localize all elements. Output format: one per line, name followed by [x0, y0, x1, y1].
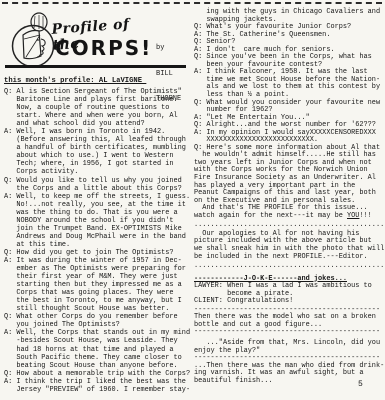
dotted-divider: ........................................… [194, 222, 385, 230]
qa-item: ing with the guys in Chicago Cavaliers a… [194, 9, 385, 24]
masthead-title-corps: CORPS! [55, 36, 152, 60]
qa-item: A: I think the trip I liked the best was… [4, 378, 194, 394]
editor-note: Our apologies to Al for not having his p… [194, 231, 385, 261]
joke-lincoln: ..."Aside from that, Mrs. Lincoln, did y… [194, 340, 385, 355]
dashed-divider: ----------------------------------------… [194, 329, 385, 337]
masthead-rule [5, 65, 186, 68]
qa-item: A: In my opinion I would sayXXXXXCENSORE… [194, 130, 385, 145]
joke-client-line: CLIENT: Congratulations! [194, 298, 385, 306]
qa-item: A: Well, I was born in Toronto in 1942. … [4, 128, 194, 176]
page-number: 5 [358, 380, 363, 389]
closing-line: And that's THE PROFILE for this issue...… [194, 205, 385, 220]
dotted-divider: ........................................… [194, 263, 385, 271]
joke-model: Then there was the model who sat on a br… [194, 314, 385, 329]
qa-item: Q: Since you've been in the Corps, what … [194, 54, 385, 69]
qa-item: A: I think Falconer, 1958. It was the la… [194, 69, 385, 99]
qa-item: Q: What would you consider your favourit… [194, 100, 385, 115]
qa-item: A: Well, the Corps that stands out in my… [4, 329, 194, 369]
qa-item: Q: Here's some more information about Al… [194, 145, 385, 205]
closing-text: And that's THE PROFILE for this issue...… [194, 204, 368, 220]
joke-lawyer-line: LAWYER: When I was a lad I was ambitious… [194, 283, 385, 298]
qa-item: Q: How about a memorable trip with the C… [4, 370, 194, 378]
masthead: Profile of the CORPS! by BILL THORNE [0, 0, 192, 77]
qa-item: Q: How did you get to join The Optimists… [4, 249, 194, 257]
qa-item: Q: Al is Section Sergeant of The Optimis… [4, 88, 194, 128]
left-column: this month's profile: AL LaVIGNE Q: Al i… [4, 77, 194, 394]
qa-item: A: Well, to keep me off the streets, I g… [4, 193, 194, 249]
qa-item: A: It was during the winter of 1957 in D… [4, 257, 194, 313]
byline-by: by [156, 44, 181, 53]
profile-header: this month's profile: AL LaVIGNE [4, 77, 194, 85]
closing-exclamation: !!! [359, 212, 371, 220]
qa-item: Q: Would you like to tell us why you joi… [4, 177, 194, 193]
closing-you-underlined: YOU [347, 212, 359, 220]
joke-varnish: ...Then there was the man who died from … [194, 363, 385, 386]
right-column: ing with the guys in Chicago Cavaliers a… [194, 9, 385, 385]
qa-item: Q: What other Corps do you remember befo… [4, 313, 194, 329]
